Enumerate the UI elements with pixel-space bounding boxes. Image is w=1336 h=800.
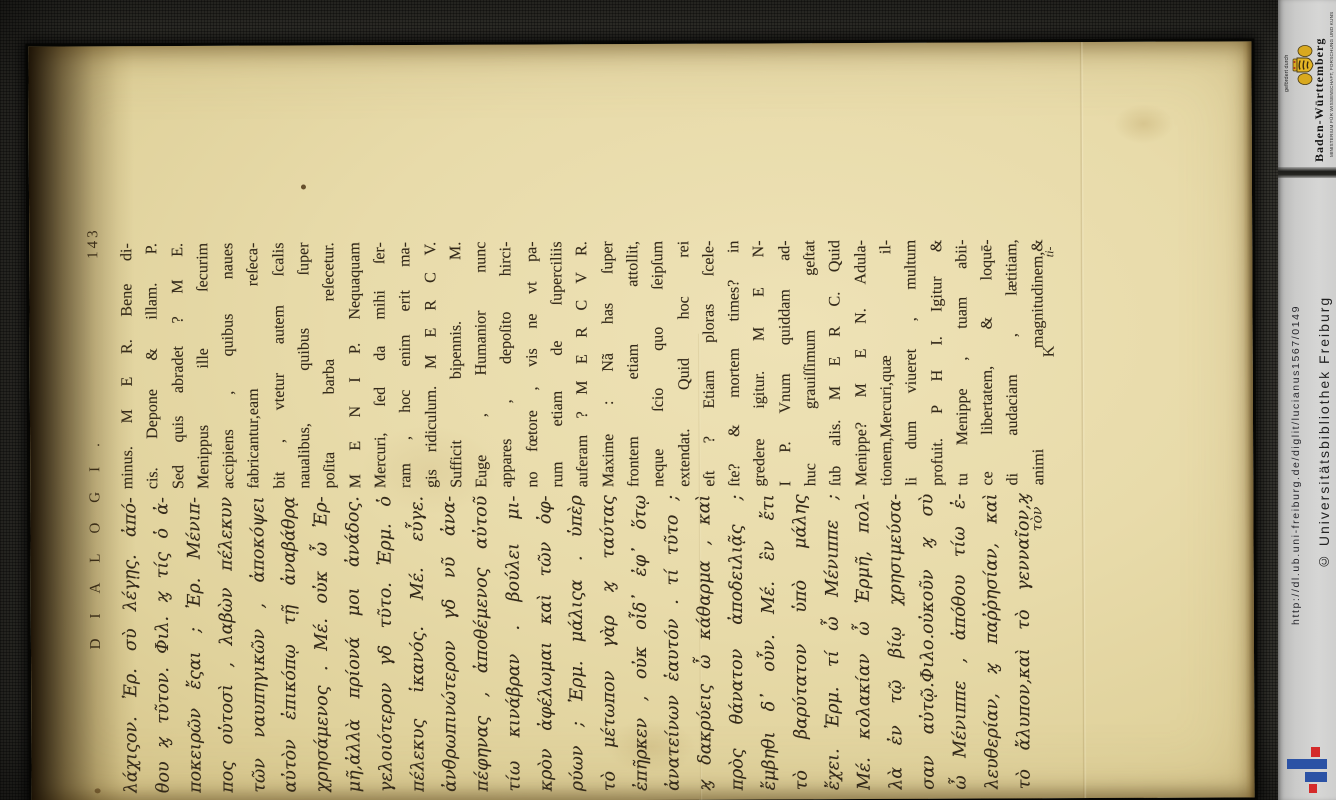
latin-text-line: Mercuri, ſed da mihi ſer-	[367, 242, 393, 488]
latin-text-line: Sed quis abradet ? M E.	[165, 243, 191, 489]
ministry-name: MINISTERIUM FÜR WISSENSCHAFT, FORSCHUNG …	[1329, 12, 1336, 157]
latin-text-line: ram , hoc enim erit ma-	[392, 242, 418, 488]
latin-text-line: frontem etiam attollit,	[620, 241, 646, 487]
latin-text-line: cis. Depone & illam. P.	[140, 243, 166, 489]
latin-text-line: Menippe? M E N. Adula-	[848, 240, 874, 486]
greek-text-line: πέλεκυς ἱκανός. Μέ. εὖγε.	[402, 496, 435, 792]
latin-text-line: ſte? & mortem times? in	[721, 241, 747, 487]
latin-text-line: gis ridiculum. M E R C V.	[418, 242, 444, 488]
latin-text-line: poſita barba reſecetur.	[317, 242, 343, 488]
greek-text-line: τὸ μέτωπον γὰρ ϗ ταύτας	[594, 495, 627, 791]
greek-catchword: τὸν	[1029, 507, 1045, 532]
latin-text-line: no fœtore , vis ne vt pa-	[519, 241, 545, 487]
latin-text-line: accipiens , quibus naues	[215, 243, 241, 489]
greek-text-line: τὸ βαρύτατον ὑπὸ μάλης	[785, 494, 818, 790]
latin-text-line: profuit. P H I. Igitur &	[924, 240, 950, 486]
latin-text-line: animi magnitudinem,&	[1025, 239, 1051, 485]
rotated-text-block: DIALOGI. 143 λάχιςον. Ἐρ. σὺ λέγῃς. ἀπό-…	[84, 223, 1086, 797]
greek-text-line: Μέ. κολακίαν ὦ Ἑρμῆ, πολ-	[849, 494, 882, 790]
greek-text-line: τίω κινάβραν . βούλει μι-	[498, 495, 531, 791]
greek-text-line: ϗ δακρύεις ὦ κάθαρμα , καὶ	[689, 495, 722, 791]
greek-text-line: ὦ Μένιππε , ἀπόθου τίω ἐ-	[944, 494, 977, 790]
latin-text-line: di audaciam , lætitiam,	[1000, 239, 1026, 485]
signature-mark: K	[1041, 346, 1059, 358]
greek-text-line: ἔμβηθι δ᾽ οὖν. Μέ. ἓν ἔτι	[753, 494, 786, 790]
greek-text-line: ποκειρῶν ἔςαι ; Ἐρ. Μένιπ-	[179, 497, 212, 793]
greek-column: λάχιςον. Ἐρ. σὺ λέγῃς. ἀπό-θου ϗ τῦτον. …	[115, 493, 1041, 793]
latin-text-line: Maxime : Nã has ſuper	[595, 241, 621, 487]
latin-text-line: neque ſcio quo ſeipſum	[645, 241, 671, 487]
greek-text-line: πος οὑτοσὶ , λαβὼν πέλεκυν	[211, 497, 244, 793]
strip-divider	[1278, 167, 1336, 178]
latin-text-line: Sufficit bipennis. M.	[443, 242, 469, 488]
latin-text-line: Euge , Humanior nunc	[468, 242, 494, 488]
baden-wuerttemberg-coat-of-arms-icon	[1292, 44, 1314, 86]
greek-text-line: χρησάμενος . Μέ. οὐκ ὦ Ἐρ-	[307, 496, 340, 792]
greek-text-line: τὸ ἄλυπον,καὶ τὸ γενναῖον,ϗ	[1008, 493, 1041, 789]
latin-catchword: ti-	[1042, 247, 1057, 258]
greek-text-line: πέφηνας , ἀποθέμενος αὐτοῦ	[466, 496, 499, 792]
greek-text-line: αὐτὸν ἐπικόπῳ τῇ ἀναβάθρᾳ	[275, 496, 308, 792]
resource-url: http://dl.ub.uni-freiburg.de/diglit/luci…	[1290, 193, 1308, 625]
latin-text-line: li dum viueret , multum	[898, 240, 924, 486]
greek-text-line: πρὸς θάνατον ἀποδειλιᾷς ;	[721, 495, 754, 791]
gutter-shadow	[28, 46, 136, 800]
greek-text-line: μῆ,ἀλλὰ πρίονά μοι ἀνάδος.	[339, 496, 372, 792]
latin-text-line: naualibus, quibus ſuper	[291, 242, 317, 488]
latin-text-line: huc grauiſſimum geſtat	[797, 240, 823, 486]
greek-text-line: σαν αὐτῷ.Φιλο.οὐκοῦν ϗ σὺ	[913, 494, 946, 790]
latin-text-line: M E N I P. Nequaquam	[342, 242, 368, 488]
ink-speck	[301, 184, 306, 189]
latin-text-line: auferam ? M E R C V R.	[570, 241, 596, 487]
latin-text-line: eſt ? Etiam ploras ſcele-	[696, 241, 722, 487]
greek-text-line: γελοιότερον γδ τῦτο. Ἐρμ. ὁ	[370, 496, 403, 792]
state-name: Baden-Württemberg	[1312, 20, 1329, 162]
greek-text-line: κρὸν ἀφέλωμαι καὶ τῶν ὀφ-	[530, 495, 563, 791]
greek-text-line: ἐπῆρκεν , οὐκ οἶδ᾽ ἐφ᾽ ὅτῳ	[626, 495, 659, 791]
greek-text-line: ρύων ; Ἐρμ. μάλιςα . ὑπὲρ	[562, 495, 595, 791]
latin-text-line: I P. Vnum quiddam ad-	[772, 240, 798, 486]
latin-text-line: bit , vtetur autem ſcalis	[266, 243, 292, 489]
greek-text-line: λὰ ἐν τῷ βίῳ χρησιμεύσα-	[881, 494, 914, 790]
metadata-strip: gefördert durch Baden-Württemberg MINIST…	[1278, 0, 1336, 800]
greek-text-line: θου ϗ τῦτον. Φιλ. ϗ τίς ὁ ἀ-	[147, 497, 180, 793]
copyright-notice: © Universitätsbibliothek Freiburg	[1316, 198, 1334, 570]
book-page: DIALOGI. 143 λάχιςον. Ἐρ. σὺ λέγῃς. ἀπό-…	[28, 41, 1254, 800]
latin-text-line: gredere igitur. M E N-	[747, 240, 773, 486]
latin-text-line: tu Menippe , tuam abii-	[949, 240, 975, 486]
latin-text-line: ſub alis. M E R C. Quid	[823, 240, 849, 486]
greek-text-line: τῶν ναυπηγικῶν , ἀποκόψει	[243, 497, 276, 793]
latin-text-line: fabricantur,eam reſeca-	[241, 243, 267, 489]
greek-text-line: ἔχει. Ἐρμ. τί ὦ Μένιππε ;	[817, 494, 850, 790]
latin-text-line: appares , depoſito hirci-	[494, 242, 520, 488]
latin-text-line: Menippus ille ſecurim	[190, 243, 216, 489]
latin-text-line: extendat. Quid hoc rei	[671, 241, 697, 487]
latin-text-line: rum etiam de ſuperciliis	[544, 241, 570, 487]
stain	[1114, 104, 1174, 144]
latin-column: minus. M E R. Bene di-cis. Depone & illa…	[114, 239, 1051, 489]
greek-text-line: ἀνθρωπινώτερον γδ νῦ ἀνα-	[434, 496, 467, 792]
scan-stage: DIALOGI. 143 λάχιςον. Ἐρ. σὺ λέγῃς. ἀπό-…	[0, 0, 1336, 800]
latin-text-line: ce libertatem, & loquē-	[974, 239, 1000, 485]
greek-text-line: λευθερίαν, ϗ παῤῥησίαν, καὶ	[976, 493, 1009, 789]
latin-text-line: tionem,Mercuri,quæ il-	[873, 240, 899, 486]
greek-text-line: ἀνατείνων ἑαυτόν . τί τῦτο ;	[657, 495, 690, 791]
